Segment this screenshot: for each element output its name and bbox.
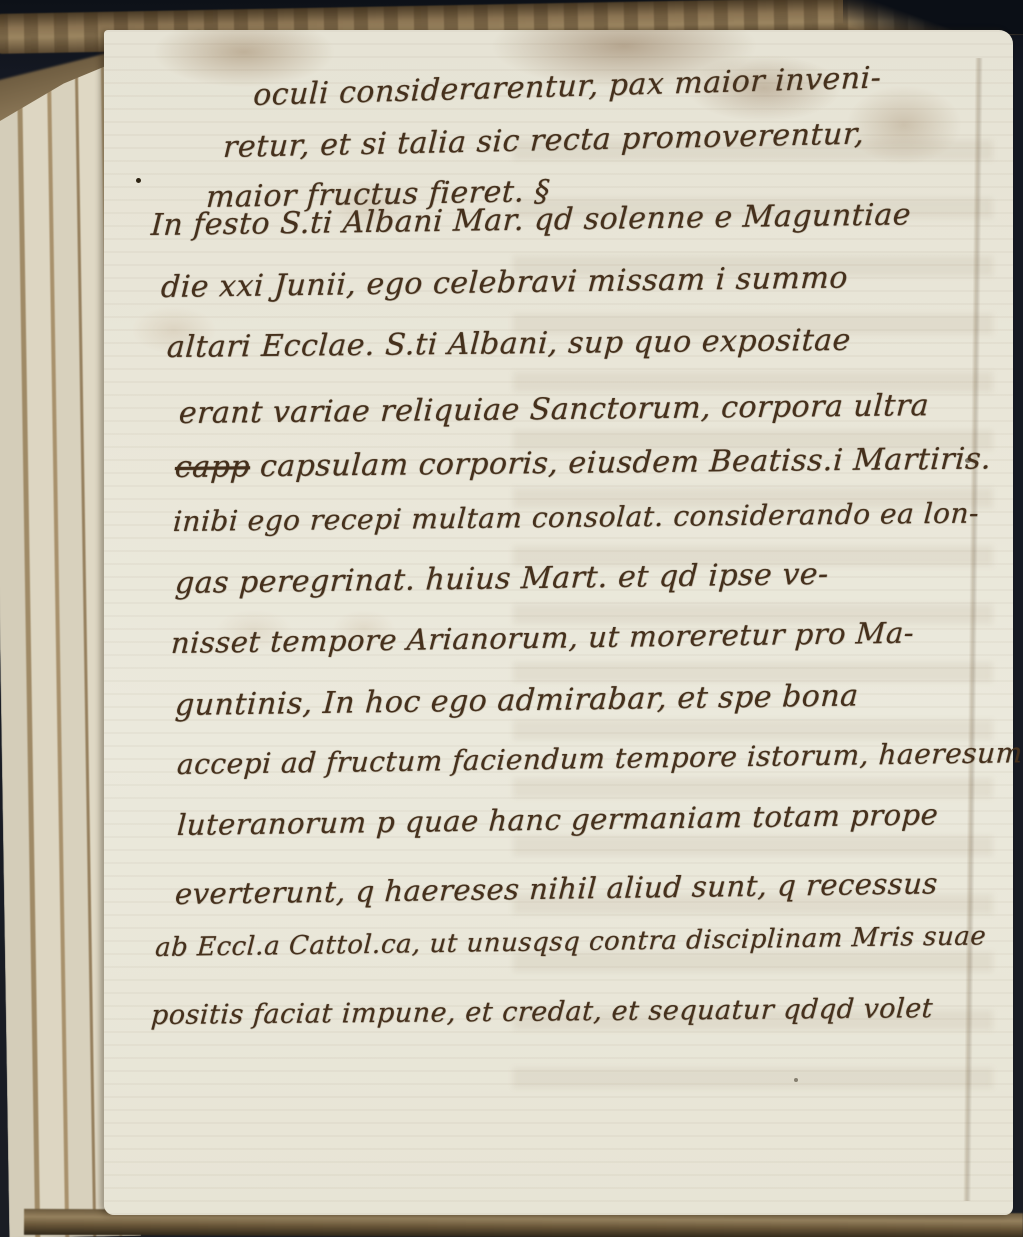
backdrop-corner	[843, 0, 1023, 34]
struck-word: capp	[174, 449, 251, 485]
book-photograph: oculi considerarentur, pax maior inveni-…	[0, 0, 1023, 1237]
ink-speck	[794, 1078, 798, 1082]
manuscript-line: altari Ecclae. S.ti Albani, sup quo expo…	[166, 323, 852, 365]
ink-speck	[136, 178, 141, 183]
manuscript-page: oculi considerarentur, pax maior inveni-…	[104, 30, 1013, 1215]
